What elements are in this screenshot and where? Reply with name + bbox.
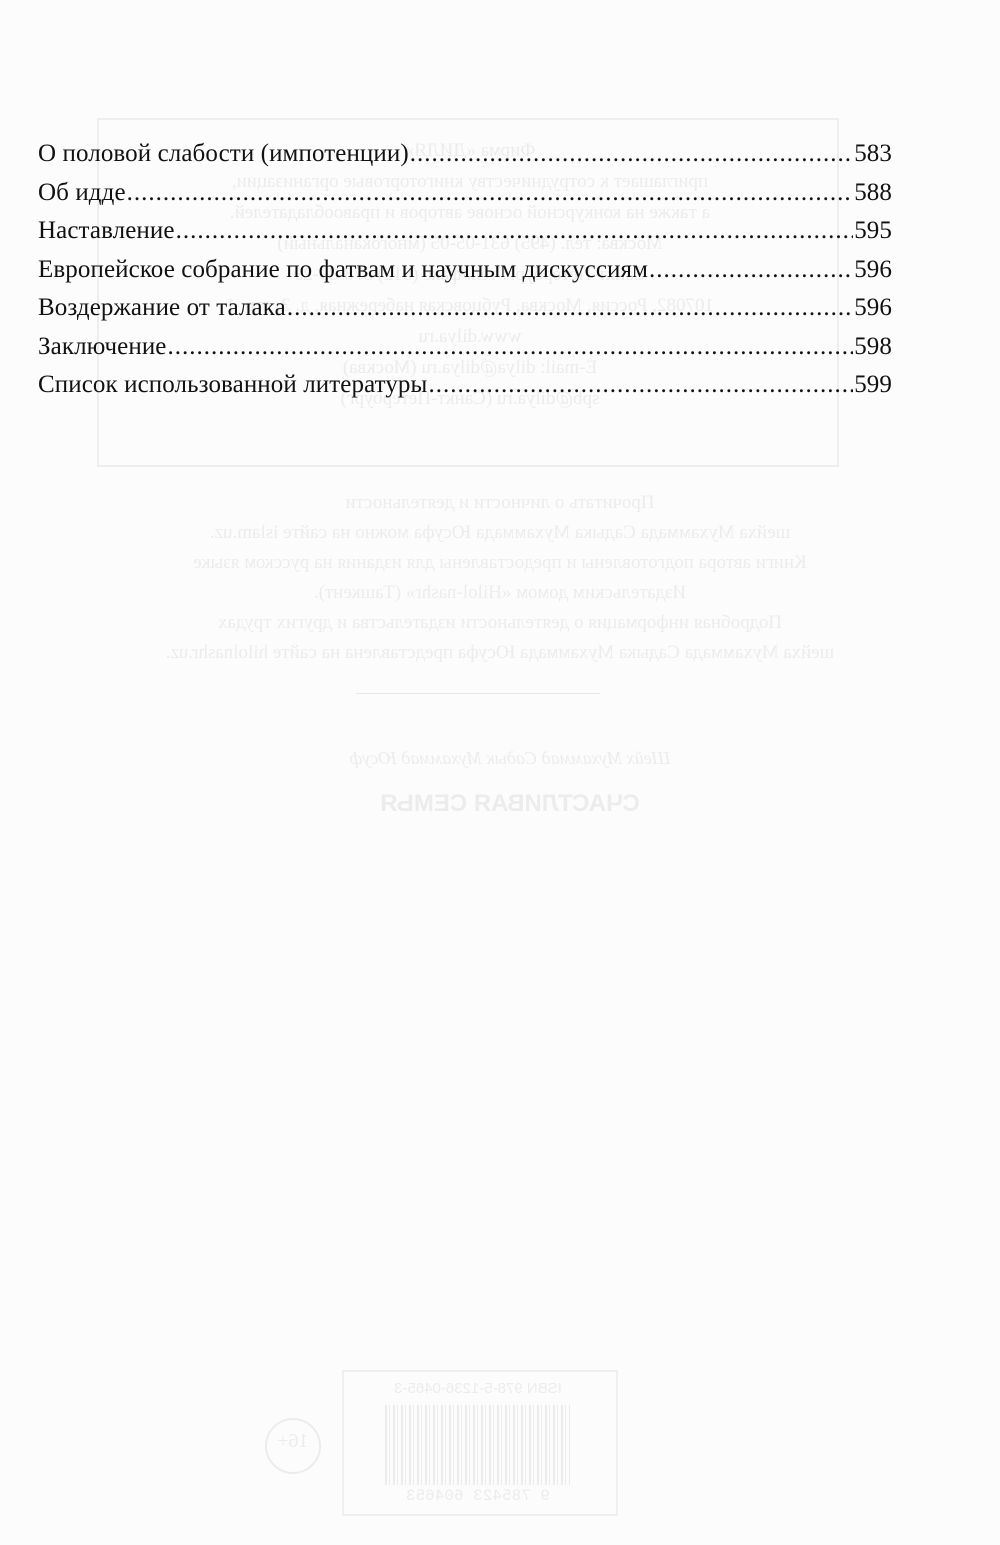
ghost-age-rating: 16+ — [265, 1430, 321, 1453]
toc-entry: Наставление 595 — [38, 217, 892, 256]
toc-entry: Заключение 598 — [38, 333, 892, 372]
toc-leader-dots — [649, 256, 853, 284]
toc-leader-dots — [428, 371, 853, 399]
ghost-line: шейха Мухаммада Садыка Мухаммада Юсуфа м… — [130, 518, 870, 548]
table-of-contents: О половой слабости (импотенции) 583 Об и… — [38, 140, 892, 410]
ghost-book-title: СЧАСТЛИВАЯ СЕМЬЯ — [250, 790, 770, 818]
toc-entry-title: Заключение — [38, 333, 167, 361]
toc-entry-title: Об идде — [38, 179, 126, 207]
toc-entry-page: 588 — [854, 179, 892, 207]
toc-entry-page: 599 — [854, 371, 892, 399]
toc-entry-page: 596 — [854, 294, 892, 322]
toc-entry: Об идде 588 — [38, 179, 892, 218]
ghost-isbn: ISBN 978-5-1236-0465-3 — [342, 1380, 614, 1397]
toc-entry: О половой слабости (импотенции) 583 — [38, 140, 892, 179]
toc-leader-dots — [176, 217, 854, 245]
toc-entry-page: 596 — [854, 256, 892, 284]
ghost-author: Шейх Мухаммад Садык Мухаммад Юсуф — [250, 748, 770, 769]
ghost-barcode-digits: 9 785423 604653 — [342, 1487, 614, 1505]
toc-entry-page: 595 — [854, 217, 892, 245]
ghost-line: Подробная информация о деятельности изда… — [130, 608, 870, 638]
toc-entry-title: Воздержание от талака — [38, 294, 286, 322]
toc-entry-title: Наставление — [38, 217, 175, 245]
toc-entry-title: Список использованной литературы — [38, 371, 427, 399]
toc-leader-dots — [287, 294, 853, 322]
toc-entry: Европейское собрание по фатвам и научным… — [38, 256, 892, 295]
toc-leader-dots — [410, 140, 853, 168]
toc-entry: Список использованной литературы 599 — [38, 371, 892, 410]
ghost-line: шейха Мухаммада Садыка Мухаммада Юсуфа п… — [130, 638, 870, 668]
ghost-line: Прочитать о личности и деятельности — [130, 488, 870, 518]
toc-leader-dots — [168, 333, 854, 361]
toc-leader-dots — [127, 179, 854, 207]
ghost-info: Прочитать о личности и деятельности шейх… — [130, 488, 870, 668]
ghost-divider — [356, 693, 600, 694]
toc-entry-page: 583 — [854, 140, 892, 168]
ghost-line: Издательским домом «Hilol-nashr» (Ташкен… — [130, 578, 870, 608]
ghost-line: Книги автора подготовлены и предоставлен… — [130, 548, 870, 578]
ghost-barcode — [385, 1405, 570, 1485]
toc-entry-title: Европейское собрание по фатвам и научным… — [38, 256, 648, 284]
toc-entry-page: 598 — [854, 333, 892, 361]
toc-entry: Воздержание от талака 596 — [38, 294, 892, 333]
book-page: Фирма «ДИЛЯ» приглашает к сотрудничеству… — [0, 0, 1000, 1545]
toc-entry-title: О половой слабости (импотенции) — [38, 140, 409, 168]
